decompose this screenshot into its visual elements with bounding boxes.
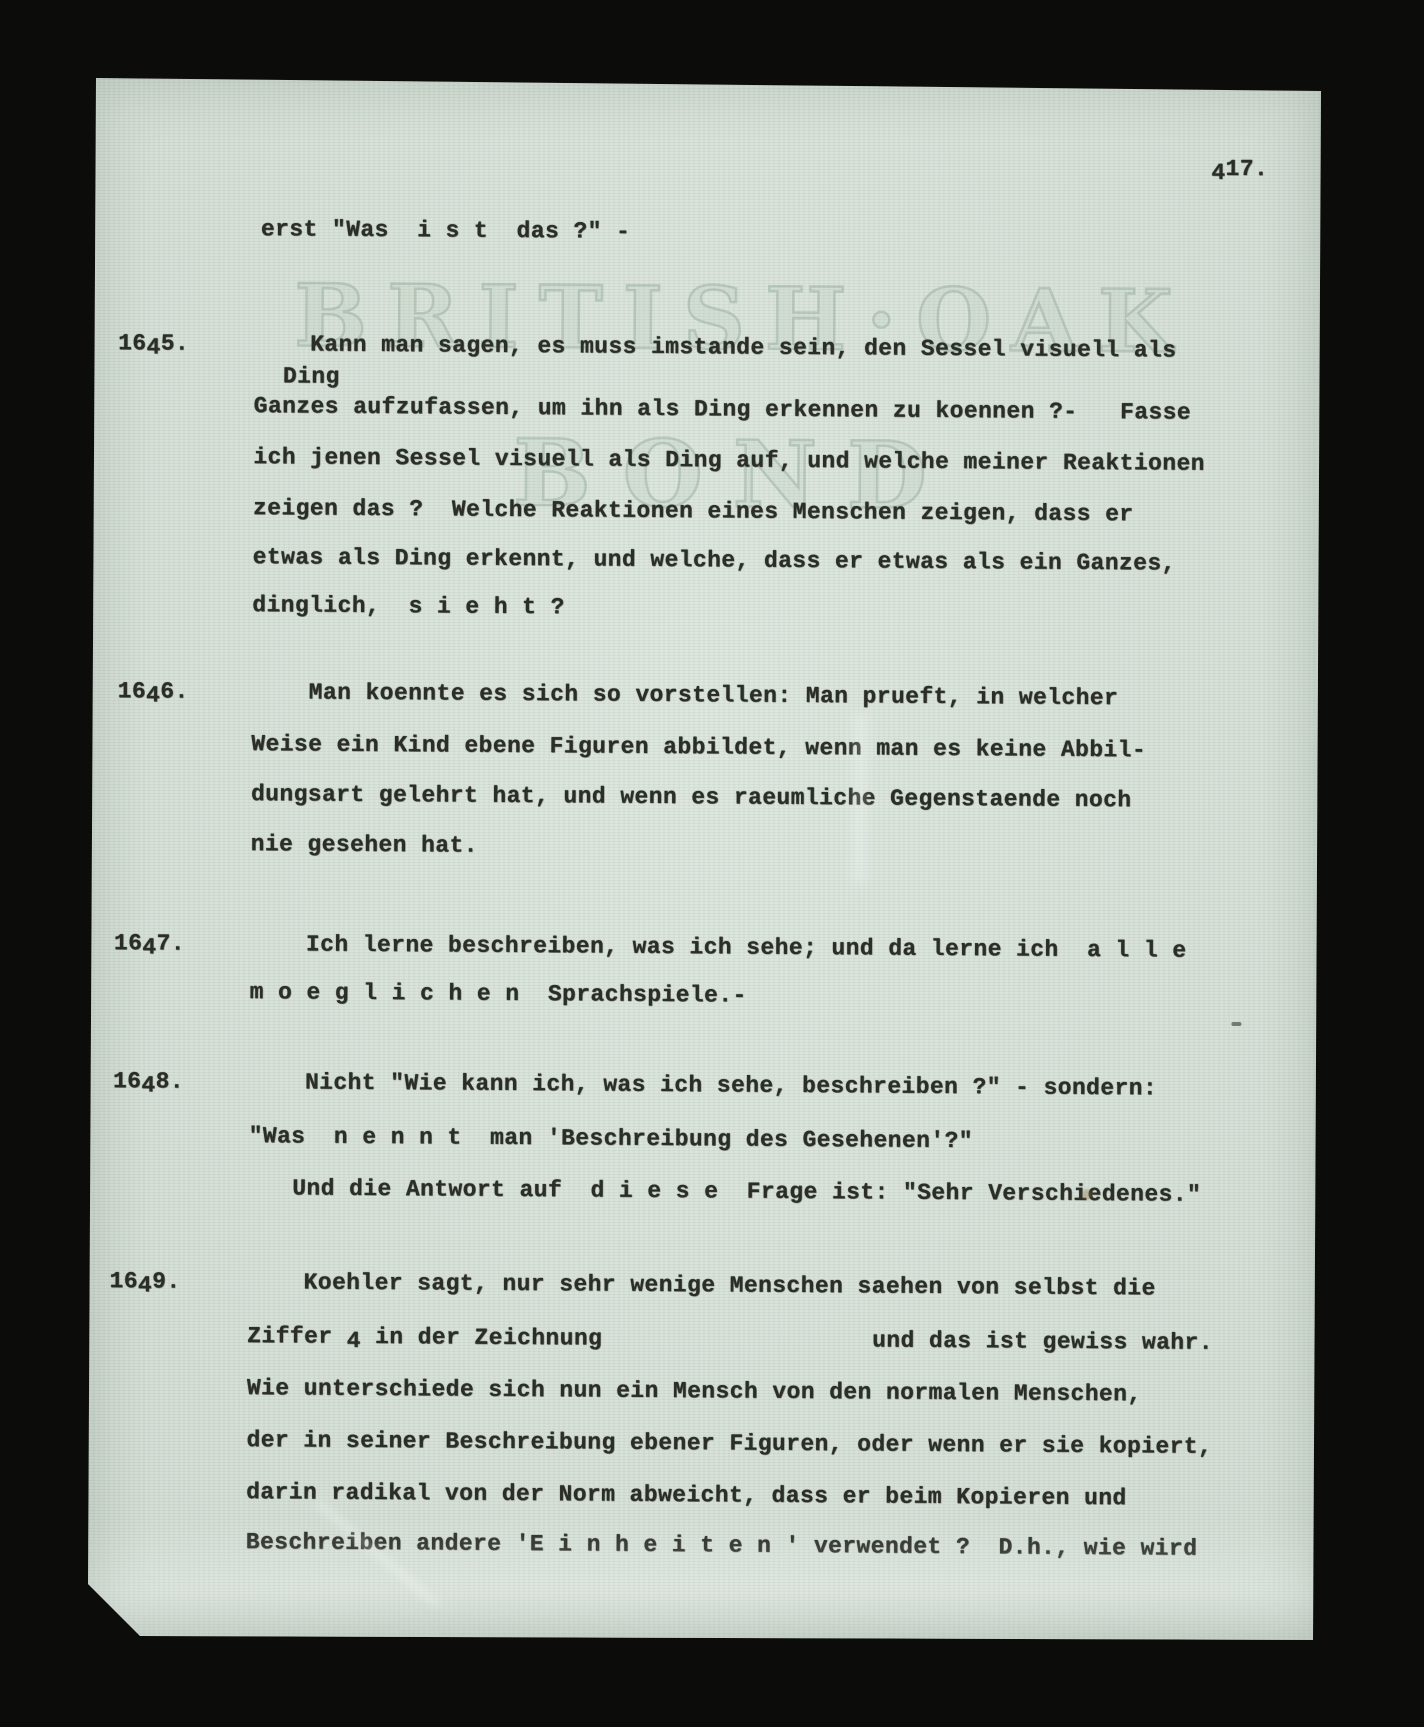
text-line: dungsart gelehrt hat, und wenn es raeuml…	[251, 781, 1132, 813]
text-line: "Was n e n n t man 'Beschreibung des Ges…	[249, 1123, 973, 1154]
text-line: erst "Was i s t das ?" -	[261, 216, 630, 245]
section-number: 1645.	[118, 330, 189, 356]
photo-background: BRITISH·OAK BOND 417. 1645.1646.1647.164…	[0, 0, 1424, 1727]
text-line: Ich lerne beschreiben, was ich sehe; und…	[306, 932, 1187, 964]
text-line: Nicht "Wie kann ich, was ich sehe, besch…	[305, 1070, 1157, 1102]
document-page: BRITISH·OAK BOND 417. 1645.1646.1647.164…	[88, 78, 1322, 1640]
text-line: Koehler sagt, nur sehr wenige Menschen s…	[304, 1270, 1156, 1302]
page-content: BRITISH·OAK BOND 417. 1645.1646.1647.164…	[77, 78, 1322, 1649]
page-number: 417.	[1211, 156, 1268, 182]
text-line: Ziffer 4 in der Zeichnung und das ist ge…	[247, 1323, 1213, 1356]
text-line: Wie unterschiede sich nun ein Mensch von…	[247, 1375, 1142, 1407]
text-line: Beschreiben andere 'E i n h e i t e n ' …	[246, 1529, 1198, 1562]
text-line: nie gesehen hat.	[251, 831, 478, 859]
section-number: 1649.	[110, 1268, 181, 1294]
text-line: Ganzes aufzufassen, um ihn als Ding erke…	[254, 393, 1192, 426]
text-line: dinglich, s i e h t ?	[252, 592, 565, 620]
section-number: 1647.	[114, 930, 185, 956]
text-line: m o e g l i c h e n Sprachspiele.-	[250, 979, 747, 1008]
text-line: darin radikal von der Norm abweicht, das…	[246, 1479, 1127, 1511]
text-line: ich jenen Sessel visuell als Ding auf, u…	[253, 444, 1205, 477]
section-number: 1648.	[113, 1068, 184, 1094]
text-line: Kann man sagen, es muss imstande sein, d…	[310, 332, 1177, 364]
section-number: 1646.	[118, 678, 189, 704]
ink-speck	[1231, 1022, 1241, 1026]
typed-text-layer: 1645.1646.1647.1648.1649.erst "Was i s t…	[88, 78, 1322, 87]
text-line: etwas als Ding erkennt, und welche, dass…	[253, 544, 1176, 576]
text-line: Ding	[283, 363, 340, 389]
text-line: Weise ein Kind ebene Figuren abbildet, w…	[251, 731, 1146, 763]
text-line: Man koennte es sich so vorstellen: Man p…	[309, 680, 1119, 712]
text-line: Und die Antwort auf d i e s e Frage ist:…	[292, 1175, 1201, 1207]
text-line: zeigen das ? Welche Reaktionen eines Men…	[253, 495, 1134, 527]
text-line: der in seiner Beschreibung ebener Figure…	[246, 1427, 1212, 1460]
